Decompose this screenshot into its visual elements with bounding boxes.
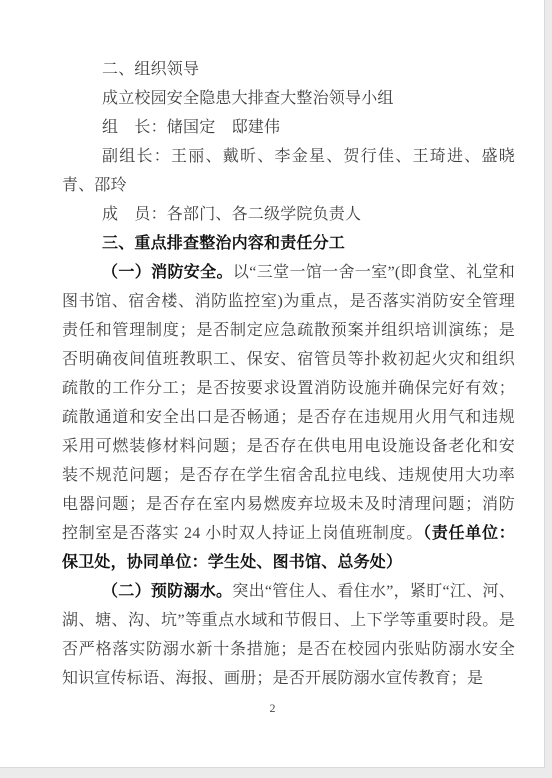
bold-text-segment: （一）消防安全。: [102, 264, 233, 281]
document-page: 二、组织领导成立校园安全隐患大排查大整治领导小组组 长：储国定 邸建伟副组长：王…: [0, 0, 545, 768]
viewer-background: 二、组织领导成立校园安全隐患大排查大整治领导小组组 长：储国定 邸建伟副组长：王…: [0, 0, 552, 778]
paragraph: 成 员：各部门、各二级学院负责人: [62, 200, 515, 229]
text-segment: 二、组织领导: [102, 61, 199, 78]
text-segment: 成立校园安全隐患大排查大整治领导小组: [102, 90, 394, 107]
text-segment: 成 员：各部门、各二级学院负责人: [102, 206, 361, 223]
text-segment: 以“三堂一馆一舍一室”(即食堂、礼堂和图书馆、宿舍楼、消防监控室)为重点，是否落…: [62, 264, 515, 542]
paragraph: 组 长：储国定 邸建伟: [62, 113, 515, 142]
bold-text-segment: （二）预防溺水。: [102, 583, 232, 600]
bold-text-segment: 三、重点排查整治内容和责任分工: [102, 235, 345, 252]
paragraph: 成立校园安全隐患大排查大整治领导小组: [62, 84, 515, 113]
text-segment: 组 长：储国定 邸建伟: [102, 119, 280, 136]
page-number: 2: [270, 701, 276, 715]
paragraph: （二）预防溺水。突出“管住人、看住水”，紧盯“江、河、湖、塘、沟、坑”等重点水域…: [62, 577, 515, 693]
text-segment: 副组长：王丽、戴昕、李金星、贺行佳、王琦进、盛晓青、邵玲: [62, 148, 515, 194]
paragraph: 三、重点排查整治内容和责任分工: [62, 229, 515, 258]
document-body: 二、组织领导成立校园安全隐患大排查大整治领导小组组 长：储国定 邸建伟副组长：王…: [0, 0, 544, 693]
page-footer: 2: [0, 700, 545, 716]
paragraph: （一）消防安全。以“三堂一馆一舍一室”(即食堂、礼堂和图书馆、宿舍楼、消防监控室…: [62, 258, 515, 577]
paragraph: 副组长：王丽、戴昕、李金星、贺行佳、王琦进、盛晓青、邵玲: [62, 142, 515, 200]
paragraph: 二、组织领导: [62, 55, 515, 84]
